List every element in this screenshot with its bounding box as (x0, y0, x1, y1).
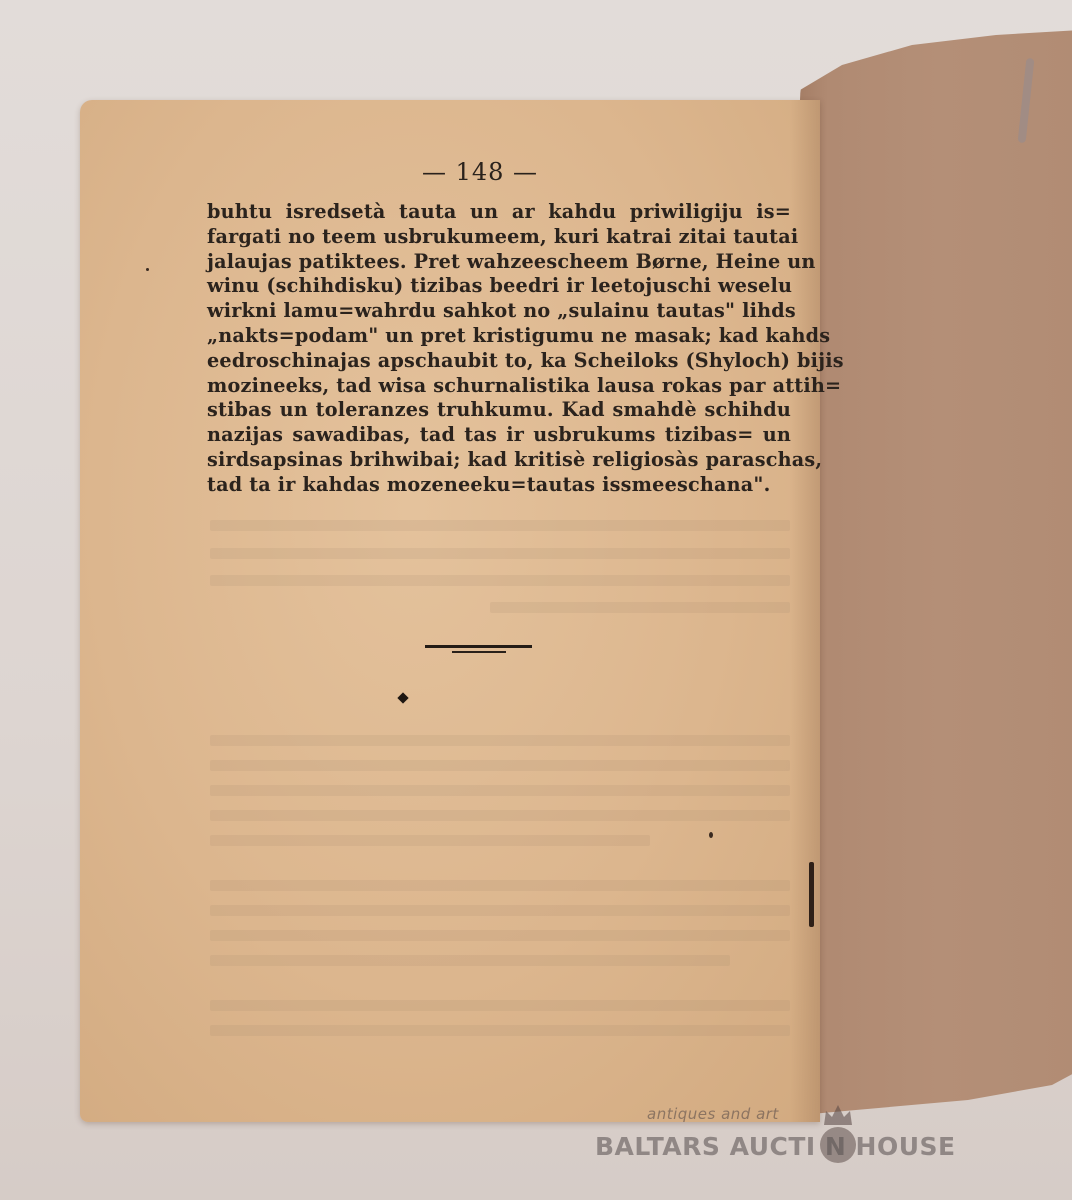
section-divider-short (452, 651, 506, 653)
watermark-tagline: antiques and art (647, 1105, 779, 1123)
watermark-name: BALTARS AUCTI N HOUSE (595, 1132, 956, 1161)
text-line: nazijas sawadibas, tad tas ir usbrukums … (207, 423, 791, 448)
show-through-line (210, 735, 790, 746)
show-through-line (210, 575, 790, 586)
show-through-line (210, 520, 790, 531)
text-line: winu (schihdisku) tizibas beedri ir leet… (207, 274, 791, 299)
text-line: wirkni lamu=wahrdu sahkot no „sulainu ta… (207, 299, 791, 324)
show-through-line (210, 810, 790, 821)
text-line: „nakts=podam" un pret kristigumu ne masa… (207, 324, 791, 349)
text-line: tad ta ir kahdas mozeneeku=tautas issmee… (207, 473, 791, 498)
show-through-line (210, 930, 790, 941)
body-text: buhtu isredsetà tauta un ar kahdu priwil… (207, 200, 791, 498)
text-line: mozineeks, tad wisa schurnalistika lausa… (207, 374, 791, 399)
show-through-line (210, 905, 790, 916)
ink-spot (709, 832, 713, 838)
page-number: — 148 — (0, 158, 960, 186)
show-through-line (210, 880, 790, 891)
show-through-line (210, 955, 730, 966)
text-line: fargati no teem usbrukumeem, kuri katrai… (207, 225, 791, 250)
show-through-line (210, 760, 790, 771)
show-through-line (210, 785, 790, 796)
text-line: buhtu isredsetà tauta un ar kahdu priwil… (207, 200, 791, 225)
facing-page (800, 30, 1072, 1155)
show-through-line (210, 1025, 790, 1036)
show-through-line (490, 602, 790, 613)
show-through-line (210, 548, 790, 559)
text-line: sirdsapsinas brihwibai; kad kritisè reli… (207, 448, 791, 473)
show-through-line (210, 1000, 790, 1011)
show-through-line (210, 835, 650, 846)
binding-thread (809, 862, 814, 927)
crown-icon (822, 1103, 854, 1125)
section-divider (425, 645, 532, 648)
text-line: stibas un toleranzes truhkumu. Kad smahd… (207, 398, 791, 423)
text-line: jalaujas patiktees. Pret wahzeescheem Bø… (207, 250, 791, 275)
text-line: eedroschinajas apschaubit to, ka Scheilo… (207, 349, 791, 374)
foxing-spot (146, 268, 149, 271)
foxing-spot (289, 286, 292, 289)
